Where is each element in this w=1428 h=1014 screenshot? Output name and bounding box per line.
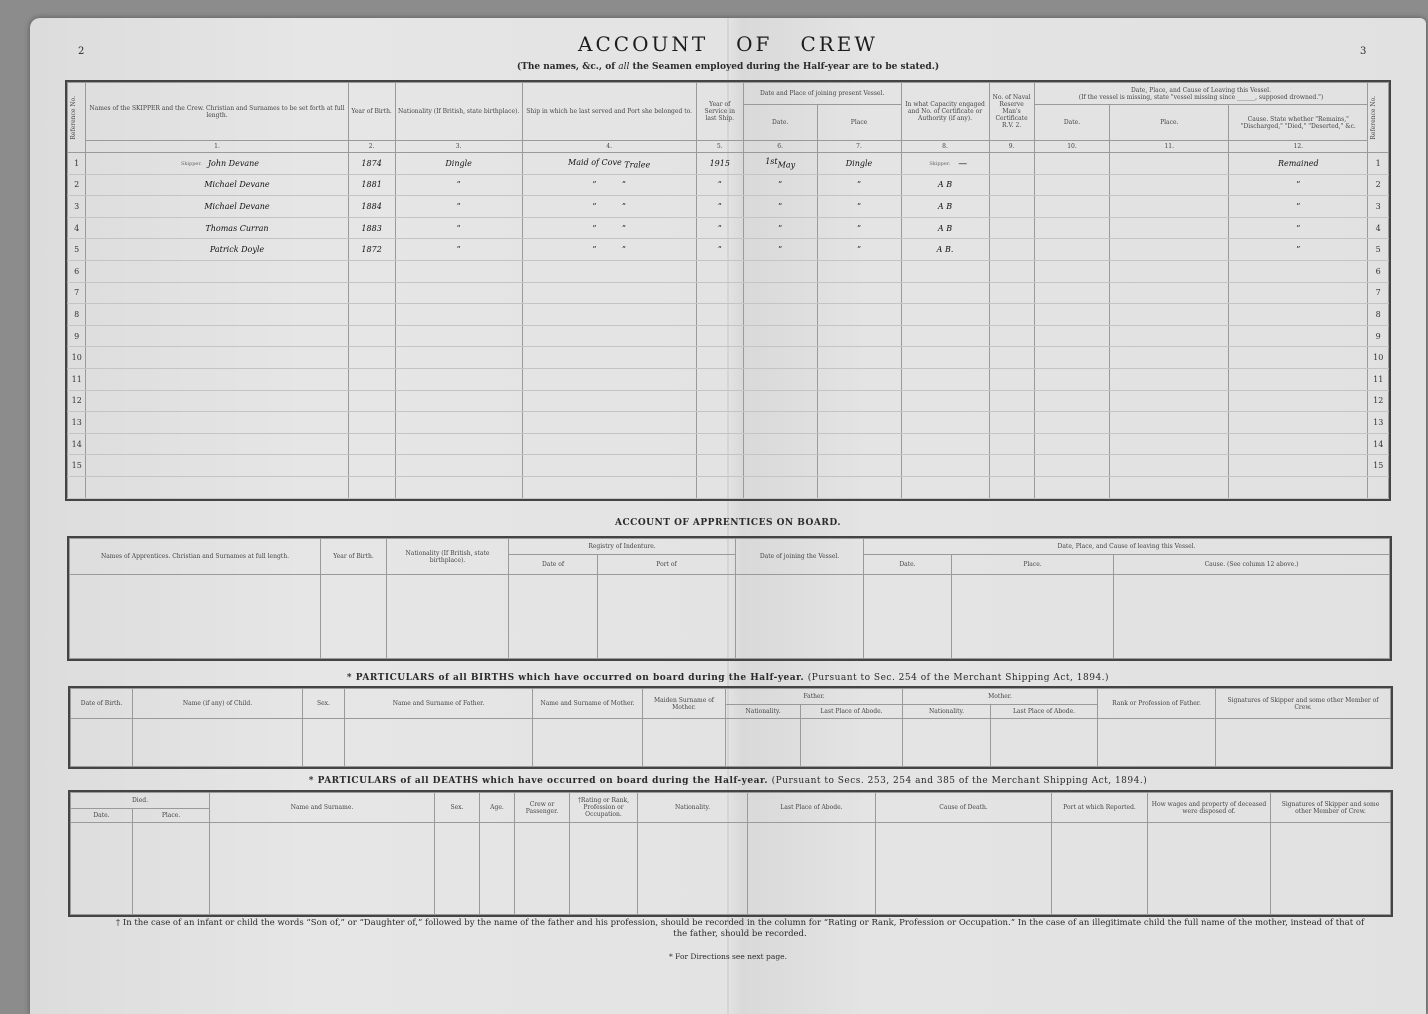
crew-row-blank: 1313 (68, 412, 1389, 434)
page-subtitle: (The names, &c., of all the Seamen emplo… (30, 62, 1426, 72)
crew-cause: Remained (1229, 153, 1368, 175)
col-num: 5. (696, 141, 743, 153)
crew-join-place: Dingle (817, 153, 901, 175)
col-num: 11. (1110, 141, 1229, 153)
header-leave-place: Place. (1110, 105, 1229, 141)
crew-row-blank: 66 (68, 260, 1389, 282)
crew-year: 1874 (348, 153, 395, 175)
col-num: 4. (522, 141, 696, 153)
crew-nationality: Dingle (395, 153, 522, 175)
header-nationality: Nationality (If British, state birthplac… (395, 83, 522, 141)
header-leave-date: Date. (1034, 105, 1110, 141)
apprentices-heading: ACCOUNT OF APPRENTICES ON BOARD. (30, 518, 1426, 528)
crew-row: 3 Michael Devane 1884 ” ” ” ” ” ” A B ” … (68, 196, 1389, 218)
crew-row: 4 Thomas Curran 1883 ” ” ” ” ” ” A B ” 4 (68, 217, 1389, 239)
crew-capacity: Skipper. ― (901, 153, 989, 175)
col-num: 12. (1229, 141, 1368, 153)
col-num: 1. (86, 141, 348, 153)
crew-leave-date (1034, 153, 1110, 175)
col-num: 2. (348, 141, 395, 153)
crew-row-blank: 1212 (68, 390, 1389, 412)
crew-name: Skipper.John Devane (86, 153, 348, 175)
crew-row: 5 Patrick Doyle 1872 ” ” ” ” ” ” A B. ” … (68, 239, 1389, 261)
crew-join-date: 1stMay (743, 153, 817, 175)
deaths-blank-row (71, 823, 1391, 915)
deaths-heading: * PARTICULARS of all DEATHS which have o… (30, 776, 1426, 786)
header-year-service: Year of Service in last Ship. (696, 83, 743, 141)
header-capacity: In what Capacity engaged and No. of Cert… (901, 83, 989, 141)
crew-row-blank: 1414 (68, 433, 1389, 455)
header-ref-right: Reference No. (1368, 83, 1389, 153)
crew-row-blank: 99 (68, 325, 1389, 347)
crew-last-ship: Maid of Cove Tralee (522, 153, 696, 175)
header-joining-group: Date and Place of joining present Vessel… (743, 83, 901, 105)
births-blank-row (71, 719, 1391, 767)
footnote: † In the case of an infant or child the … (110, 918, 1370, 940)
crew-naval (989, 153, 1034, 175)
crew-row: 2 Michael Devane 1881 ” ” ” ” ” ” A B ” … (68, 174, 1389, 196)
apprentices-blank-row (70, 575, 1390, 659)
apprentices-table: Names of Apprentices. Christian and Surn… (69, 538, 1390, 659)
header-ref: Reference No. (68, 83, 86, 153)
header-last-ship: Ship in which he last served and Port sh… (522, 83, 696, 141)
header-cause: Cause. State whether "Remains," "Dischar… (1229, 105, 1368, 141)
births-heading: * PARTICULARS of all BIRTHS which have o… (30, 673, 1426, 683)
header-join-place: Place (817, 105, 901, 141)
col-num: 9. (989, 141, 1034, 153)
crew-service: 1915 (696, 153, 743, 175)
col-num: 6. (743, 141, 817, 153)
col-num: 8. (901, 141, 989, 153)
form-sheet: 2 3 ACCOUNTOFCREW (The names, &c., of al… (30, 18, 1426, 1014)
crew-row-blank: 1010 (68, 347, 1389, 369)
crew-row-blank: 1111 (68, 368, 1389, 390)
header-join-date: Date. (743, 105, 817, 141)
crew-row-blank: 88 (68, 304, 1389, 326)
page-title: ACCOUNTOFCREW (30, 32, 1426, 56)
header-naval-reserve: No. of Naval Reserve Man's Certificate R… (989, 83, 1034, 141)
crew-row: 1 Skipper.John Devane 1874 Dingle Maid o… (68, 153, 1389, 175)
col-num: 7. (817, 141, 901, 153)
header-name: Names of the SKIPPER and the Crew. Chris… (86, 83, 348, 141)
crew-table: Reference No. Names of the SKIPPER and t… (67, 82, 1389, 499)
header-leaving-group: Date, Place, and Cause of Leaving this V… (1034, 83, 1368, 105)
births-table: Date of Birth. Name (if any) of Child. S… (70, 688, 1391, 767)
crew-leave-place (1110, 153, 1229, 175)
crew-row-blank: 1515 (68, 455, 1389, 477)
crew-name: Michael Devane (86, 174, 348, 196)
col-num: 10. (1034, 141, 1110, 153)
deaths-table: Died. Name and Surname. Sex. Age. Crew o… (70, 792, 1391, 915)
directions-note: * For Directions see next page. (30, 952, 1426, 961)
header-year-birth: Year of Birth. (348, 83, 395, 141)
crew-row-blank: 77 (68, 282, 1389, 304)
col-num: 3. (395, 141, 522, 153)
